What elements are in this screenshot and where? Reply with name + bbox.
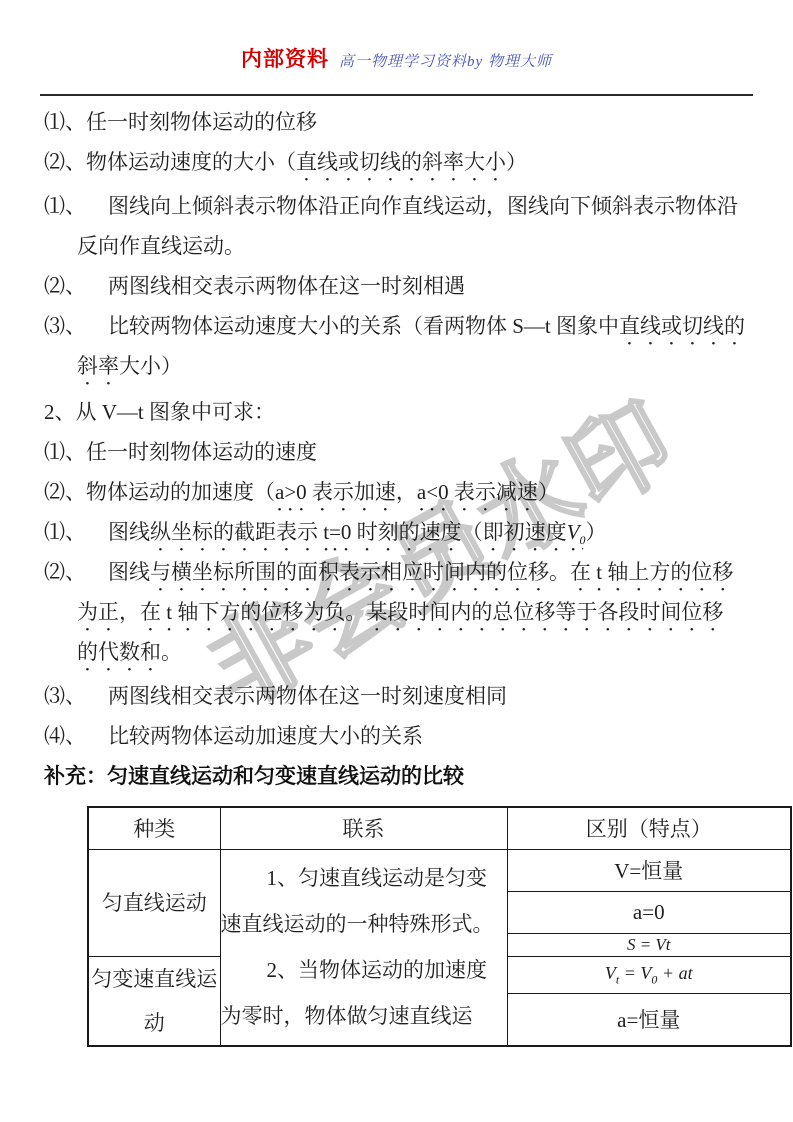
text-line: 2、从 V—t 图象中可求： xyxy=(44,392,749,432)
header-cell-type: 种类 xyxy=(88,807,220,849)
page-header: 内部资料高一物理学习资料by 物理大师 xyxy=(0,0,793,73)
line-text: 物体运动速度的大小（ xyxy=(86,150,296,174)
item-marker: ⑴、 xyxy=(44,440,86,464)
item-marker: ⑴、 xyxy=(44,110,86,134)
item-marker: ⑴、 xyxy=(44,194,86,218)
text-line: ⑵、两图线相交表示两物体在这一时刻相遇 xyxy=(44,266,749,306)
line-text: 两图线相交表示两物体在这一时刻速度相同 xyxy=(108,684,507,708)
line-text: 图线向上倾斜表示物体沿正向作直线运动，图线向下倾斜表示物体沿 xyxy=(108,194,738,218)
text-line: ⑶、两图线相交表示两物体在这一时刻速度相同 xyxy=(44,676,749,716)
document-body: ⑴、任一时刻物体运动的位移 ⑵、物体运动速度的大小（直线或切线的斜率大小） ⑴、… xyxy=(44,96,749,1047)
relation-line: 1、匀速直线运动是匀变 xyxy=(221,855,507,901)
line-text: 比较两物体运动速度大小的关系（看两物体 S—t 图象中 xyxy=(108,314,619,338)
line-text: 图线 xyxy=(108,520,150,544)
emphasized-text: a>0 表示加速，a<0 表示减速 xyxy=(275,480,538,504)
section-heading: 补充：匀速直线运动和匀变速直线运动的比较 xyxy=(44,756,749,796)
table-row: 匀直线运动 1、匀速直线运动是匀变 速直线运动的一种特殊形式。 2、当物体运动的… xyxy=(88,849,791,891)
item-marker: ⑵、 xyxy=(44,480,86,504)
relation-line: 速直线运动的一种特殊形式。 xyxy=(221,901,507,947)
feature-formula-cell: S = Vt xyxy=(507,933,791,956)
relation-line: 2、当物体运动的加速度 xyxy=(221,947,507,993)
item-marker: ⑴、 xyxy=(44,520,86,544)
relation-cell: 1、匀速直线运动是匀变 速直线运动的一种特殊形式。 2、当物体运动的加速度 为零… xyxy=(220,849,507,1046)
text-line: 反向作直线运动。 xyxy=(44,226,749,266)
feature-cell: a=0 xyxy=(507,891,791,933)
feature-cell: a=恒量 xyxy=(507,994,791,1046)
line-text: 大小） xyxy=(119,354,182,378)
feature-cell: V=恒量 xyxy=(507,849,791,891)
item-marker: ⑵、 xyxy=(44,150,86,174)
item-marker: ⑶、 xyxy=(44,314,86,338)
line-text: 从 V—t 图象中可求： xyxy=(76,400,276,424)
item-marker: 2、 xyxy=(44,400,76,424)
header-title: 内部资料 xyxy=(241,47,329,71)
line-text: 任一时刻物体运动的速度 xyxy=(86,440,317,464)
text-line: 为正，在 t 轴下方的位移为负。某段时间内的总位移等于各段时间位移 xyxy=(44,592,749,632)
text-line: ⑶、比较两物体运动速度大小的关系（看两物体 S—t 图象中直线或切线的 xyxy=(44,306,749,346)
emphasized-text: 与横坐标所围的面积表示相应时间内的位移。在 t 轴上方的位移 xyxy=(150,560,733,584)
line-text: ） xyxy=(538,480,559,504)
feature-formula-cell: Vt = V0 + at xyxy=(507,956,791,994)
text-line: ⑴、任一时刻物体运动的速度 xyxy=(44,432,749,472)
item-marker: ⑵、 xyxy=(44,560,86,584)
line-text: 反向作直线运动。 xyxy=(77,234,245,258)
emphasized-text: 纵坐标的截距表示 t=0 时刻的速度（即初速度 xyxy=(150,520,567,544)
comparison-table: 种类 联系 区别（特点） 匀直线运动 1、匀速直线运动是匀变 速直线运动的一种特… xyxy=(87,806,792,1047)
document-page: 内部资料高一物理学习资料by 物理大师 非会员水印 ⑴、任一时刻物体运动的位移 … xyxy=(0,0,793,1122)
text-line: ⑴、图线纵坐标的截距表示 t=0 时刻的速度（即初速度V0） xyxy=(44,512,749,552)
text-line: ⑴、图线向上倾斜表示物体沿正向作直线运动，图线向下倾斜表示物体沿 xyxy=(44,186,749,226)
line-text: 图线 xyxy=(108,560,150,584)
emphasized-text: 为正，在 t 轴下方的位移为负。某段时间内的总位移等于各段时间位移 xyxy=(77,600,723,624)
emphasized-text: 的代数和。 xyxy=(77,640,182,664)
text-line: ⑷、比较两物体运动加速度大小的关系 xyxy=(44,716,749,756)
relation-line: 为零时，物体做匀速直线运 xyxy=(221,993,507,1039)
initial-velocity-formula: V0 xyxy=(567,520,586,544)
emphasized-text: 直线或切线的斜率大小 xyxy=(296,150,506,174)
emphasized-text: 斜率 xyxy=(77,354,119,378)
line-text: 比较两物体运动加速度大小的关系 xyxy=(108,724,423,748)
line-text: 物体运动的加速度（ xyxy=(86,480,275,504)
emphasized-text: 直线或切线的 xyxy=(619,314,745,338)
type-cell-accelerated: 匀变速直线运动 xyxy=(88,956,220,1046)
text-line: ⑵、物体运动的加速度（a>0 表示加速，a<0 表示减速） xyxy=(44,472,749,512)
text-line: 的代数和。 xyxy=(44,632,749,672)
text-line: ⑴、任一时刻物体运动的位移 xyxy=(44,102,749,142)
text-line: ⑵、图线与横坐标所围的面积表示相应时间内的位移。在 t 轴上方的位移 xyxy=(44,552,749,592)
header-cell-relation: 联系 xyxy=(220,807,507,849)
text-line: ⑵、物体运动速度的大小（直线或切线的斜率大小） xyxy=(44,142,749,182)
heading-text: 补充：匀速直线运动和匀变速直线运动的比较 xyxy=(44,764,464,788)
text-line: 斜率大小） xyxy=(44,346,749,386)
item-marker: ⑷、 xyxy=(44,724,86,748)
line-text: 任一时刻物体运动的位移 xyxy=(86,110,317,134)
item-marker: ⑵、 xyxy=(44,274,86,298)
line-text: ） xyxy=(506,150,527,174)
line-text: ） xyxy=(586,520,607,544)
line-text: 两图线相交表示两物体在这一时刻相遇 xyxy=(108,274,465,298)
header-subtitle: 高一物理学习资料by 物理大师 xyxy=(339,54,552,70)
type-cell-uniform: 匀直线运动 xyxy=(88,849,220,956)
table-header-row: 种类 联系 区别（特点） xyxy=(88,807,791,849)
item-marker: ⑶、 xyxy=(44,684,86,708)
header-cell-feature: 区别（特点） xyxy=(507,807,791,849)
